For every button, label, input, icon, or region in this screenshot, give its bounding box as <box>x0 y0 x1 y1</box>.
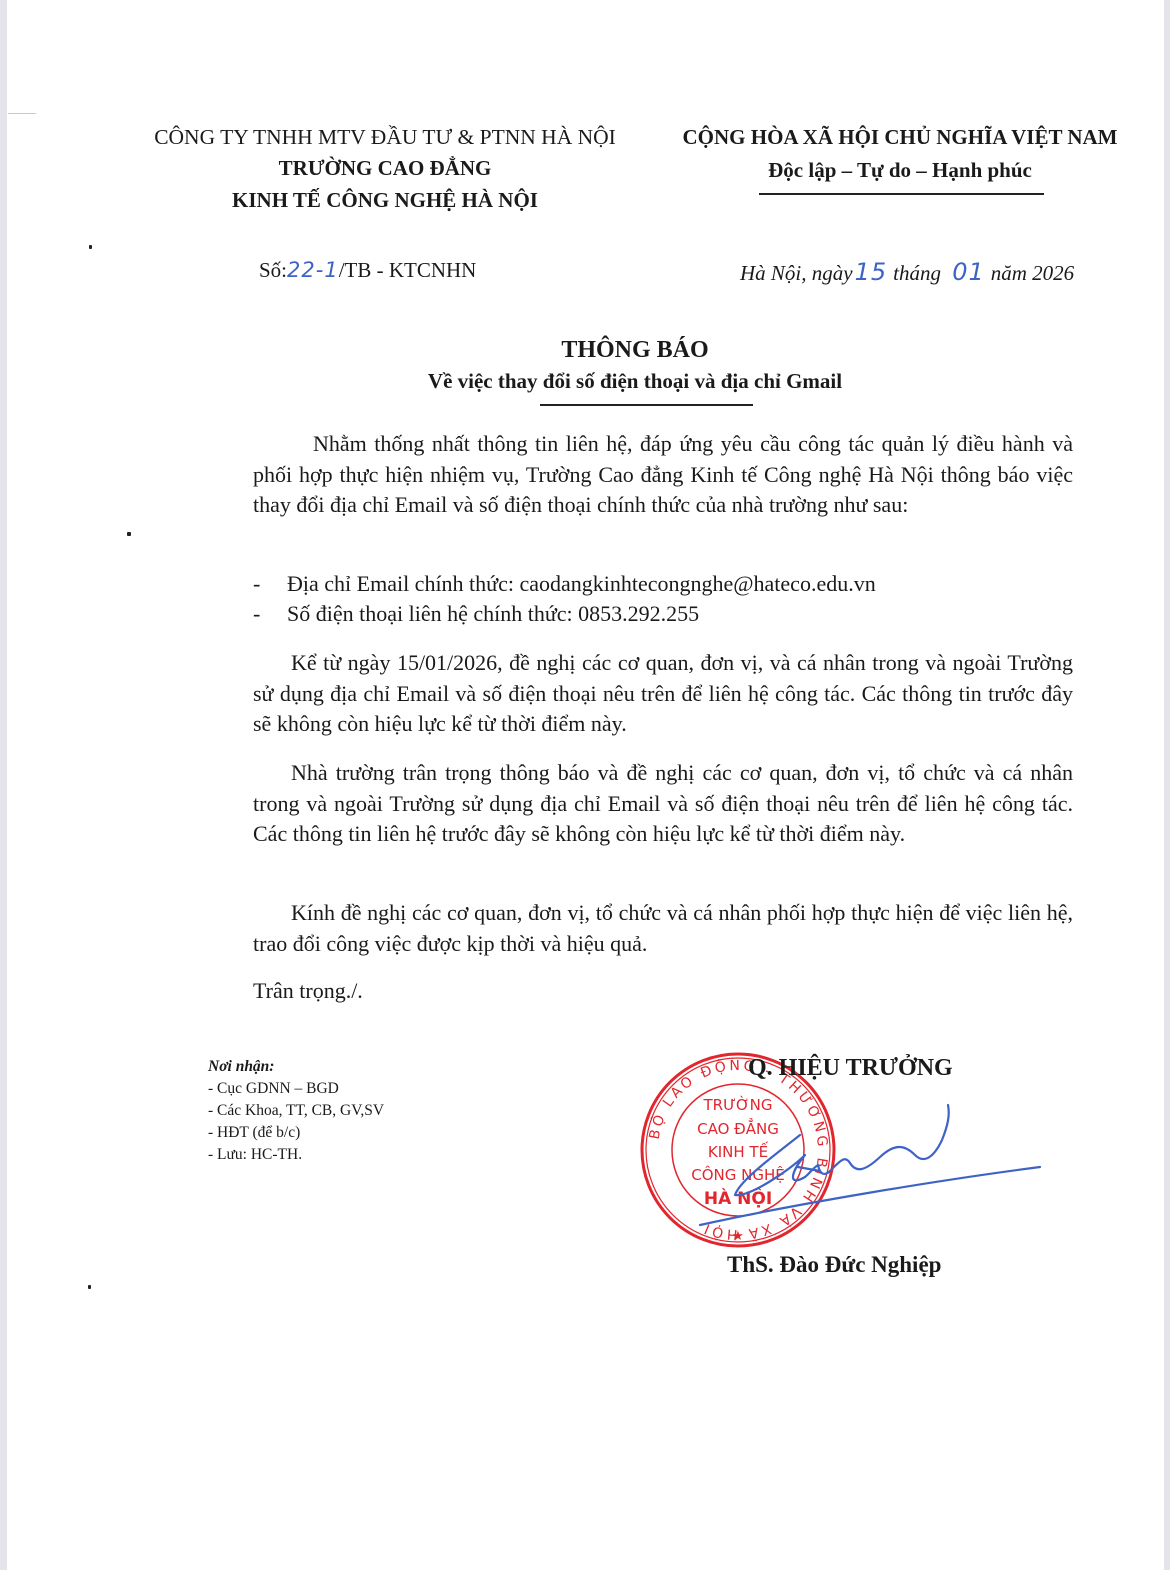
signer-name: ThS. Đào Đức Nghiệp <box>727 1252 941 1278</box>
national-header: CỘNG HÒA XÃ HỘI CHỦ NGHĨA VIỆT NAM Độc l… <box>650 122 1150 188</box>
document-title: THÔNG BÁO <box>300 334 970 366</box>
document-number: Số:22-1/TB - KTCNHN <box>259 258 476 283</box>
recipients-block: Nơi nhận: - Cục GDNN – BGD - Các Khoa, T… <box>208 1056 384 1166</box>
national-motto: Độc lập – Tự do – Hạnh phúc <box>650 152 1150 188</box>
nation-name: CỘNG HÒA XÃ HỘI CHỦ NGHĨA VIỆT NAM <box>650 122 1150 152</box>
handwritten-month: 01 <box>952 258 985 286</box>
list-item: - Địa chỉ Email chính thức: caodangkinht… <box>253 569 876 599</box>
official-phone: Số điện thoại liên hệ chính thức: 0853.2… <box>287 599 699 629</box>
school-name-line2: KINH TẾ CÔNG NGHỆ HÀ NỘI <box>120 184 650 216</box>
intro-paragraph: Nhằm thống nhất thông tin liên hệ, đáp ứ… <box>253 429 1073 521</box>
signer-title: Q. HIỆU TRƯỞNG <box>748 1055 953 1082</box>
recipient-item: - HĐT (để b/c) <box>208 1122 384 1144</box>
page-edge-left <box>0 0 7 1570</box>
document-date: Hà Nội, ngày15tháng 01năm 2026 <box>740 258 1074 286</box>
closing: Trân trọng./. <box>253 976 1073 1007</box>
handwritten-day: 15 <box>855 258 888 286</box>
recipient-item: - Lưu: HC-TH. <box>208 1144 384 1166</box>
parent-company: CÔNG TY TNHH MTV ĐẦU TƯ & PTNN HÀ NỘI <box>120 122 650 152</box>
school-name-line1: TRƯỜNG CAO ĐẲNG <box>120 152 650 184</box>
handwritten-signature-icon <box>680 1085 1060 1235</box>
margin-mark <box>8 113 36 114</box>
effective-date-paragraph: Kể từ ngày 15/01/2026, đề nghị các cơ qu… <box>253 648 1073 740</box>
document-subject: Về việc thay đổi số điện thoại và địa ch… <box>300 366 970 396</box>
page-edge-right <box>1164 0 1170 1570</box>
request-paragraph: Kính đề nghị các cơ quan, đơn vị, tổ chứ… <box>253 898 1073 959</box>
scan-speck <box>127 532 131 536</box>
scan-speck <box>88 1285 91 1289</box>
motto-underline <box>759 193 1044 195</box>
official-email: Địa chỉ Email chính thức: caodangkinhtec… <box>287 569 876 599</box>
recipient-item: - Các Khoa, TT, CB, GV,SV <box>208 1100 384 1122</box>
list-item: - Số điện thoại liên hệ chính thức: 0853… <box>253 599 876 629</box>
recipient-item: - Cục GDNN – BGD <box>208 1078 384 1100</box>
notice-paragraph: Nhà trường trân trọng thông báo và đề ng… <box>253 758 1073 850</box>
recipients-heading: Nơi nhận: <box>208 1056 384 1078</box>
issuing-organization: CÔNG TY TNHH MTV ĐẦU TƯ & PTNN HÀ NỘI TR… <box>120 122 650 216</box>
contact-list: - Địa chỉ Email chính thức: caodangkinht… <box>253 569 876 629</box>
handwritten-number: 22-1 <box>287 258 339 282</box>
title-underline <box>540 404 753 406</box>
scan-speck <box>89 245 92 249</box>
